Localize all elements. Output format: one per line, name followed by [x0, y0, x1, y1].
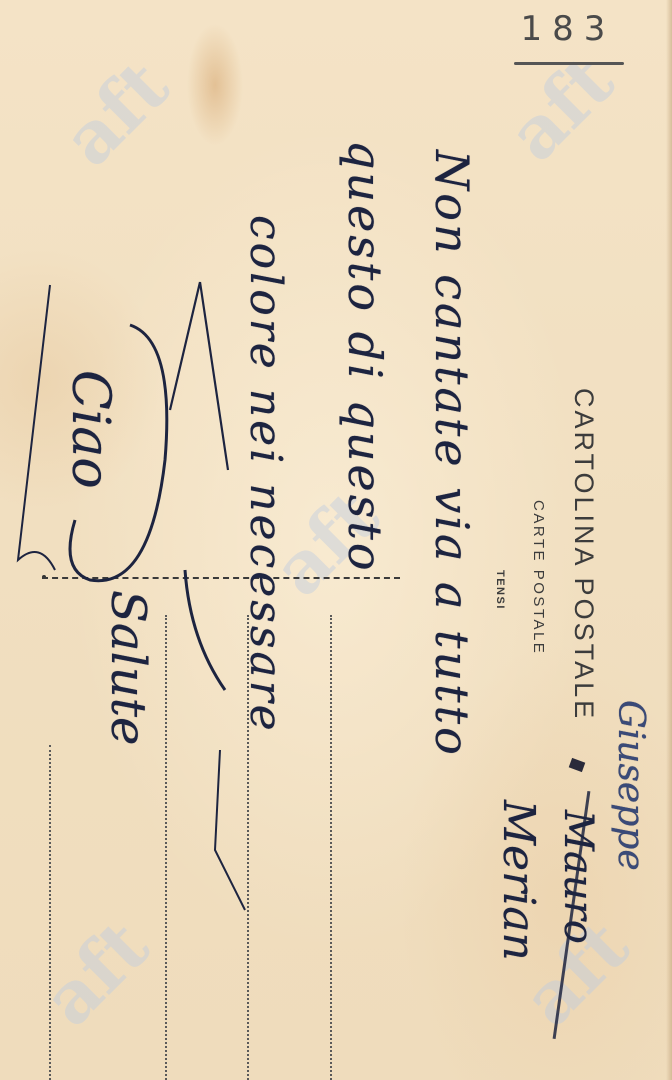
- handwritten-line-3: colore nei necessare: [240, 215, 291, 734]
- handwritten-line-1: Non cantate via a tutto: [425, 150, 479, 758]
- handwritten-line-2: questo di questo: [338, 140, 392, 574]
- addressee-line-3: Giuseppe: [610, 700, 651, 871]
- address-line: [165, 615, 167, 1080]
- watermark: aft: [46, 43, 185, 182]
- handwritten-signoff: Ciao: [60, 370, 120, 489]
- card-edge: [666, 0, 672, 1080]
- postcard-back: aft aft aft aft aft 183 CARTOLINA POSTAL…: [0, 0, 672, 1080]
- printed-subtitle: CARTE POSTALE: [530, 500, 547, 655]
- address-line: [49, 745, 51, 1080]
- address-line: [330, 615, 332, 1080]
- printed-title: CARTOLINA POSTALE: [568, 388, 599, 721]
- addressee-line-1: Merian: [493, 800, 544, 961]
- handwritten-signature: Salute: [100, 590, 156, 745]
- ink-mark: [569, 758, 586, 772]
- publisher-imprint: TENSI: [494, 570, 506, 610]
- divider-line: [42, 577, 400, 579]
- catalog-number: 183: [508, 6, 628, 66]
- watermark: aft: [26, 903, 165, 1042]
